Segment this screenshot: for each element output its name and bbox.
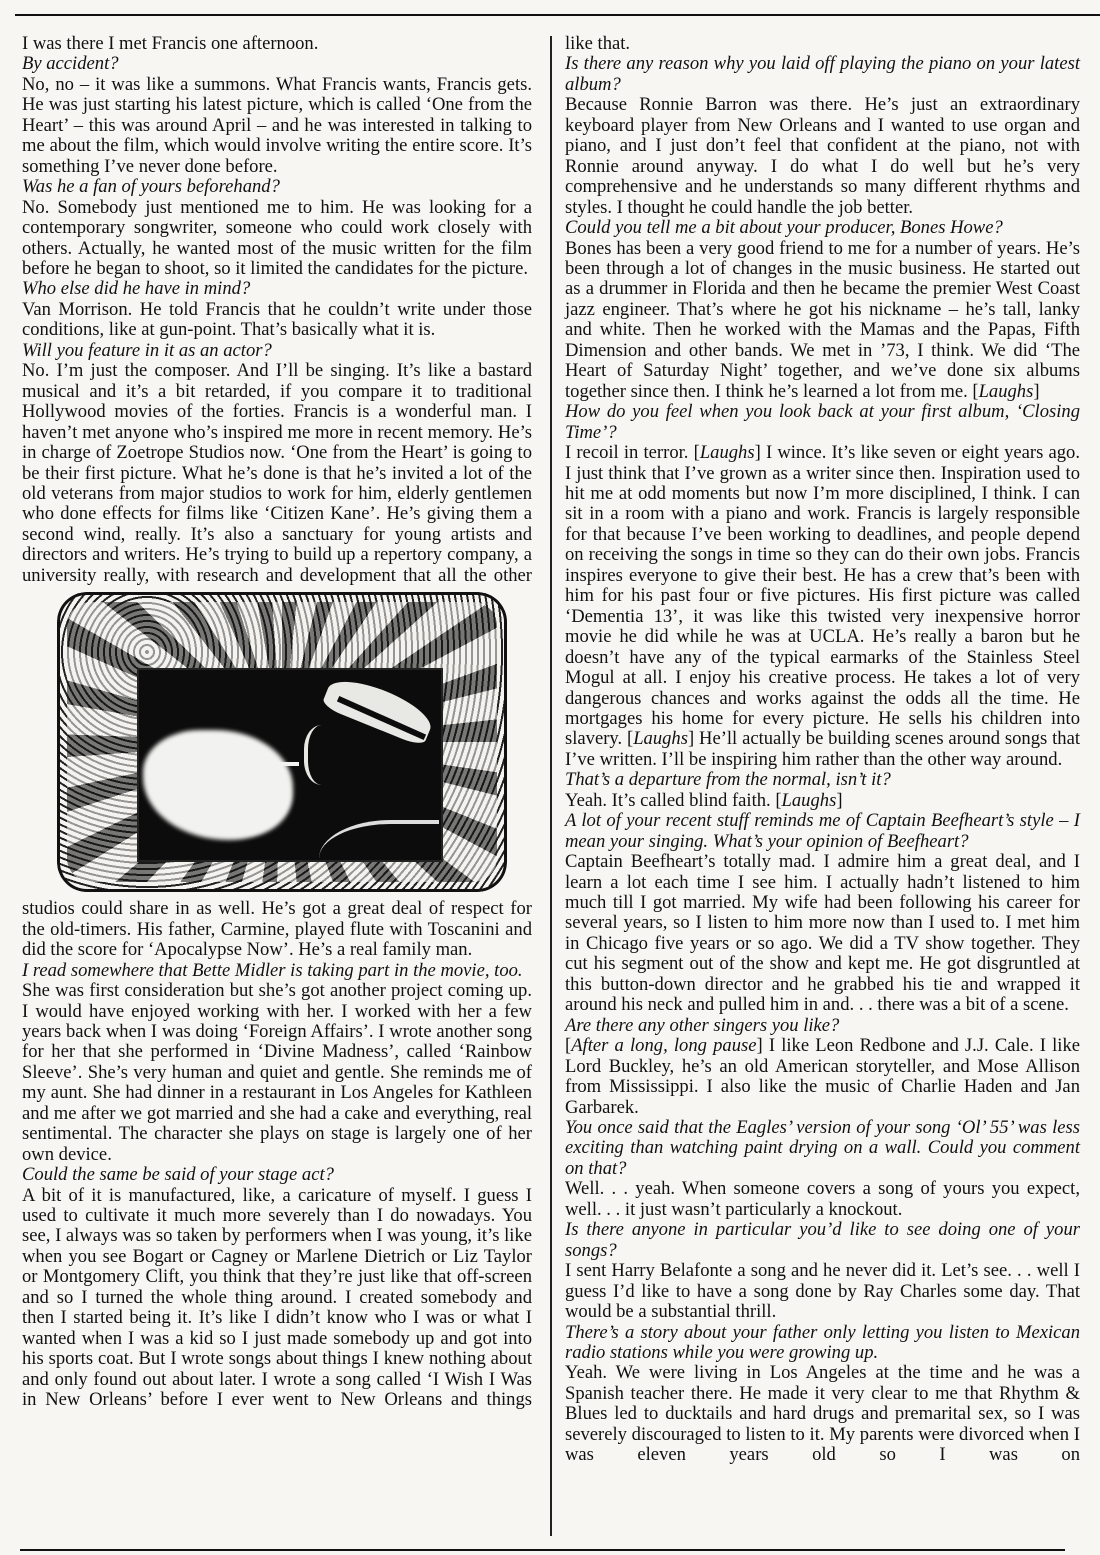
interview-question: Could the same be said of your stage act… — [22, 1165, 532, 1185]
answer-paragraph: Yeah. We were living in Los Angeles at t… — [565, 1363, 1080, 1465]
bottom-rule — [20, 1549, 1065, 1551]
answer-paragraph: No. Somebody just mentioned me to him. H… — [22, 198, 532, 280]
interview-question: Is there any reason why you laid off pla… — [565, 54, 1080, 95]
answer-paragraph: I was there I met Francis one afternoon. — [22, 34, 532, 54]
interview-question: Who else did he have in mind? — [22, 279, 532, 299]
stage-direction: After a long, long pause — [571, 1035, 756, 1056]
interview-question: By accident? — [22, 54, 532, 74]
interview-question: Will you feature in it as an actor? — [22, 341, 532, 361]
interview-question: Was he a fan of yours beforehand? — [22, 177, 532, 197]
interview-question: You once said that the Eagles’ version o… — [565, 1118, 1080, 1179]
shoulder-shape — [319, 820, 439, 862]
answer-text: Bones has been a very good friend to me … — [565, 238, 1080, 402]
interview-question: Are there any other singers you like? — [565, 1016, 1080, 1036]
answer-paragraph: No. I’m just the composer. And I’ll be s… — [22, 361, 532, 586]
interview-question: How do you feel when you look back at yo… — [565, 402, 1080, 443]
top-rule — [15, 14, 1100, 16]
framed-photo-figure — [22, 592, 532, 897]
answer-paragraph: She was first consideration but she’s go… — [22, 981, 532, 1165]
interview-question: I read somewhere that Bette Midler is ta… — [22, 961, 532, 981]
answer-paragraph: No, no – it was like a summons. What Fra… — [22, 75, 532, 177]
answer-paragraph: Because Ronnie Barron was there. He’s ju… — [565, 95, 1080, 218]
answer-paragraph: I sent Harry Belafonte a song and he nev… — [565, 1261, 1080, 1322]
answer-text: ] I wince. It’s like seven or eight year… — [565, 442, 1080, 749]
interview-question: Could you tell me a bit about your produ… — [565, 218, 1080, 238]
right-column: like that. Is there any reason why you l… — [565, 34, 1080, 1466]
answer-paragraph: like that. — [565, 34, 1080, 54]
answer-text: Yeah. It’s called blind faith. — [565, 790, 771, 811]
face-profile-shape — [304, 725, 348, 785]
smoke-shape — [199, 765, 289, 835]
interview-question: There’s a story about your father only l… — [565, 1323, 1080, 1364]
answer-paragraph: Bones has been a very good friend to me … — [565, 239, 1080, 403]
answer-paragraph: I recoil in terror. [Laughs] I wince. It… — [565, 443, 1080, 770]
interview-question: A lot of your recent stuff reminds me of… — [565, 811, 1080, 852]
answer-text: I recoil in terror. — [565, 442, 694, 463]
answer-paragraph: Van Morrison. He told Francis that he co… — [22, 300, 532, 341]
column-divider — [550, 36, 552, 1536]
laughs-aside: Laughs — [700, 442, 755, 463]
answer-paragraph: studios could share in as well. He’s got… — [22, 899, 532, 960]
cigarette-shape — [269, 762, 299, 766]
interview-question: Is there anyone in particular you’d like… — [565, 1220, 1080, 1261]
answer-paragraph: Well. . . yeah. When someone covers a so… — [565, 1179, 1080, 1220]
interview-question: That’s a departure from the normal, isn’… — [565, 770, 1080, 790]
laughs-aside: Laughs — [782, 790, 837, 811]
photo-man-smoking — [137, 668, 443, 862]
laughs-aside: Laughs — [633, 728, 688, 749]
laughs-aside: Laughs — [979, 381, 1034, 402]
answer-paragraph: Yeah. It’s called blind faith. [Laughs] — [565, 791, 1080, 811]
answer-paragraph: A bit of it is manufactured, like, a car… — [22, 1186, 532, 1411]
answer-paragraph: [After a long, long pause] I like Leon R… — [565, 1036, 1080, 1118]
answer-paragraph: Captain Beefheart’s totally mad. I admir… — [565, 852, 1080, 1016]
left-column: I was there I met Francis one afternoon.… — [22, 34, 532, 1411]
